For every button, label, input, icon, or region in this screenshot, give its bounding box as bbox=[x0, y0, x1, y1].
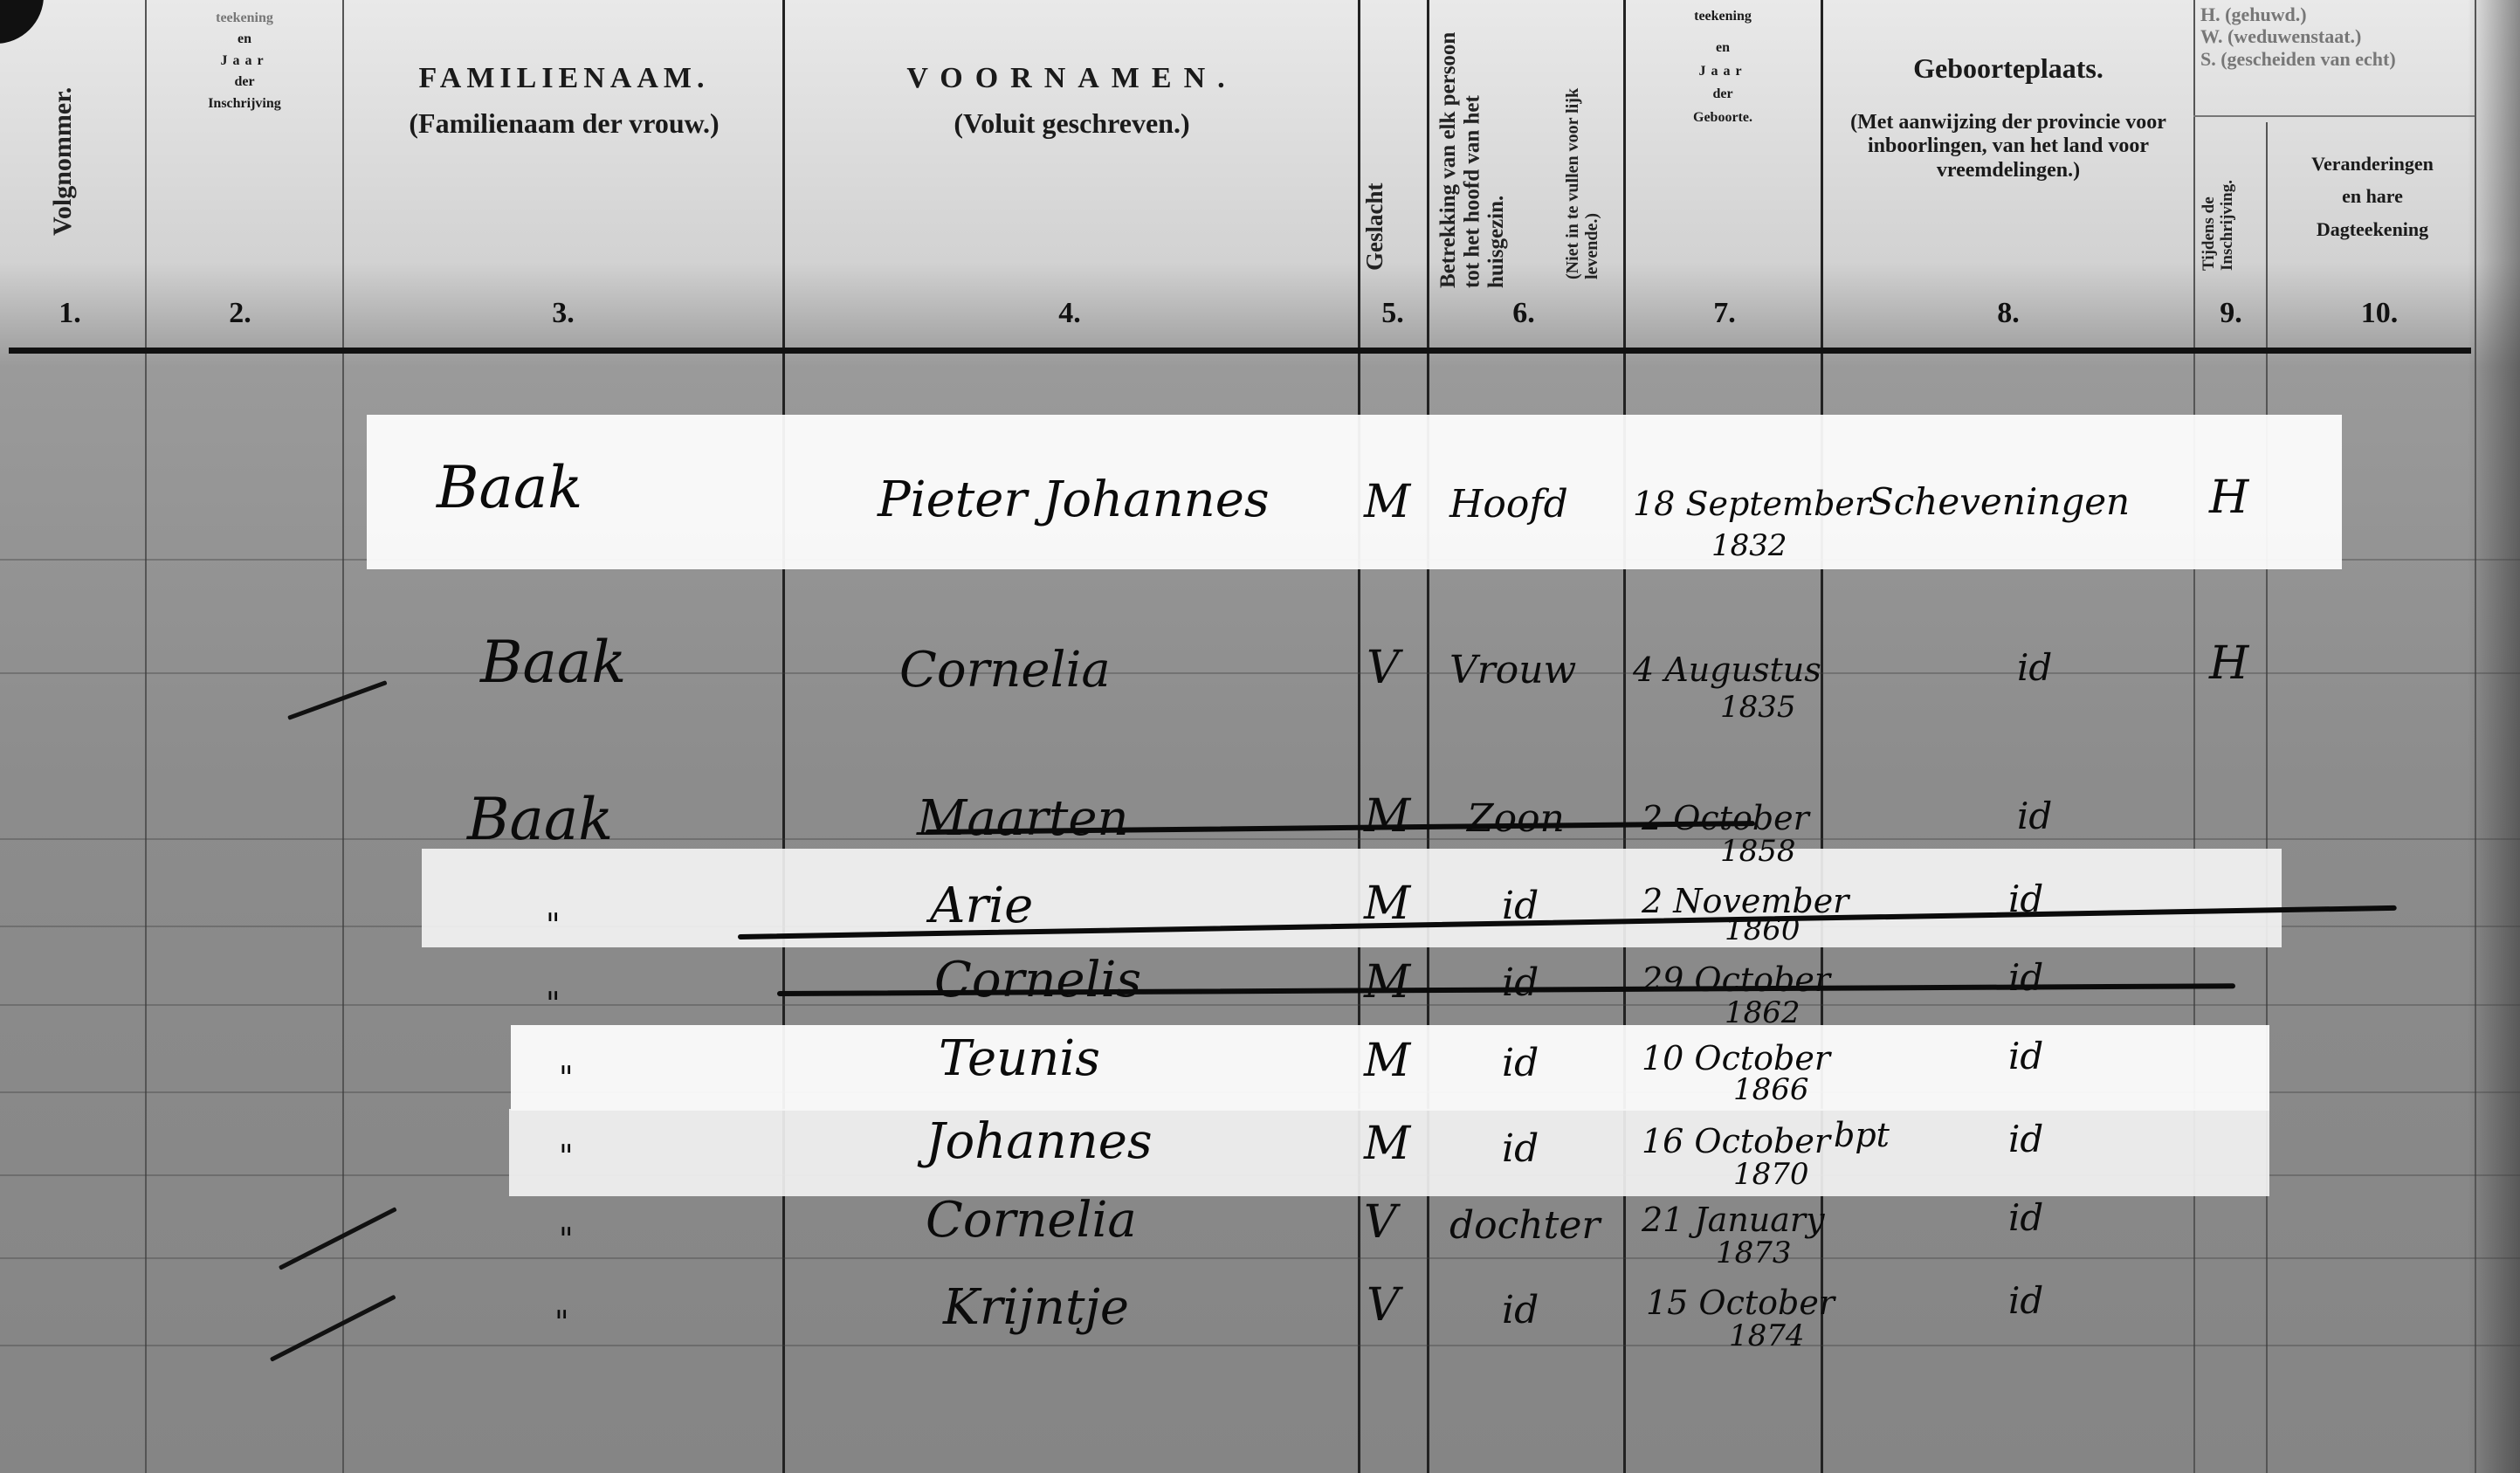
header-subrule bbox=[2193, 115, 2475, 117]
ruled-line bbox=[0, 672, 2520, 674]
row8-sex: V bbox=[1364, 1196, 1397, 1249]
header-col1-label: Volgnommer. bbox=[48, 35, 77, 236]
row2-surname: Baak bbox=[480, 629, 626, 696]
ruled-line bbox=[0, 1004, 2520, 1006]
column-divider bbox=[1427, 0, 1429, 1473]
row1-birth-year: 1832 bbox=[1711, 528, 1787, 563]
tick-mark bbox=[279, 1207, 397, 1270]
header-col8: Geboorteplaats. (Met aanwijzing der prov… bbox=[1825, 52, 2192, 183]
row7-birthplace: id bbox=[2008, 1118, 2043, 1160]
row9-given-names: Krijntje bbox=[943, 1279, 1129, 1336]
ruled-line bbox=[0, 1257, 2520, 1259]
header-col5-number: 5. bbox=[1371, 297, 1415, 330]
header-col3-number: 3. bbox=[541, 297, 585, 330]
row8-relation: dochter bbox=[1449, 1203, 1600, 1248]
row1-birth-date: 18 September bbox=[1633, 485, 1870, 523]
row7-birth-note: bpt bbox=[1834, 1116, 1890, 1154]
row7-sex: M bbox=[1364, 1118, 1410, 1170]
header-col7-number: 7. bbox=[1703, 297, 1746, 330]
column-divider bbox=[782, 0, 785, 1473]
row9-birth-year: 1874 bbox=[1729, 1318, 1805, 1353]
row9-relation: id bbox=[1502, 1288, 1539, 1332]
header-rule bbox=[9, 348, 2471, 354]
row3-sex: M bbox=[1364, 790, 1410, 843]
row2-birth-year: 1835 bbox=[1720, 690, 1796, 725]
row8-birth-year: 1873 bbox=[1716, 1236, 1792, 1270]
row5-surname-ditto: " bbox=[546, 987, 561, 1022]
register-page: Volgnommer. 1. teekening en Jaar der Ins… bbox=[0, 0, 2520, 1473]
row1-civil-status: H bbox=[2209, 471, 2248, 524]
column-divider bbox=[2193, 0, 2195, 1473]
row1-birthplace: Scheveningen bbox=[1869, 480, 2130, 523]
row2-civil-status: H bbox=[2209, 637, 2248, 690]
column-divider bbox=[1623, 0, 1626, 1473]
row3-surname: Baak bbox=[467, 786, 613, 853]
column-divider bbox=[1821, 0, 1823, 1473]
header-col5-label: Geslacht bbox=[1362, 9, 1423, 271]
row3-birthplace: id bbox=[2017, 795, 2052, 837]
header-col10-number: 10. bbox=[2349, 297, 2410, 330]
column-divider bbox=[2266, 122, 2268, 1473]
row3-given-names: Maarten bbox=[917, 790, 1129, 847]
row2-birthplace: id bbox=[2017, 646, 2052, 689]
row9-birthplace: id bbox=[2008, 1279, 2043, 1322]
row9-surname-ditto: " bbox=[554, 1305, 569, 1341]
row7-surname-ditto: " bbox=[559, 1139, 574, 1175]
row7-birth-date: 16 October bbox=[1642, 1122, 1830, 1160]
row5-given-names: Cornelis bbox=[934, 952, 1141, 1008]
row3-birth-year: 1858 bbox=[1720, 834, 1796, 869]
header-col9-notes: H. (gehuwd.) W. (weduwenstaat.) S. (gesc… bbox=[2200, 3, 2480, 70]
ruled-line bbox=[0, 838, 2520, 840]
row8-birthplace: id bbox=[2008, 1196, 2043, 1239]
row8-birth-date: 21 January bbox=[1642, 1201, 1825, 1239]
row3-birth-date: 2 October bbox=[1642, 799, 1809, 837]
row6-sex: M bbox=[1364, 1035, 1410, 1087]
row6-birth-year: 1866 bbox=[1733, 1072, 1809, 1107]
header-col10: Veranderingen en hare Dagteekening bbox=[2270, 153, 2475, 240]
row2-birth-date: 4 Augustus bbox=[1633, 650, 1821, 689]
row7-relation: id bbox=[1502, 1126, 1539, 1171]
column-divider bbox=[145, 0, 147, 1473]
header-col1-number: 1. bbox=[52, 297, 87, 330]
row6-relation: id bbox=[1502, 1041, 1539, 1085]
row3-relation: Zoon bbox=[1467, 796, 1565, 841]
row9-birth-date: 15 October bbox=[1646, 1284, 1835, 1322]
row5-sex: M bbox=[1364, 956, 1410, 1008]
header-col4: VOORNAMEN. (Voluit geschreven.) bbox=[786, 61, 1358, 140]
header-col2-number: 2. bbox=[218, 297, 262, 330]
row8-given-names: Cornelia bbox=[926, 1192, 1137, 1249]
row5-relation: id bbox=[1502, 960, 1539, 1005]
header-col9-label: Tijdens de Inschrijving. bbox=[2200, 131, 2262, 271]
header-col9-number: 9. bbox=[2209, 297, 2253, 330]
row6-surname-ditto: " bbox=[559, 1061, 574, 1097]
row7-birth-year: 1870 bbox=[1733, 1157, 1809, 1192]
column-divider bbox=[2475, 0, 2476, 1473]
header-col6-note: (Niet in te vullen voor lijk levende.) bbox=[1563, 35, 1615, 279]
ruled-line bbox=[0, 1345, 2520, 1346]
header-col6-number: 6. bbox=[1502, 297, 1546, 330]
row6-birthplace: id bbox=[2008, 1035, 2043, 1077]
row6-given-names: Teunis bbox=[939, 1030, 1100, 1087]
tick-mark bbox=[270, 1295, 396, 1362]
row1-sex: M bbox=[1364, 476, 1410, 528]
header-col2: teekening en Jaar der Inschrijving bbox=[148, 10, 341, 112]
column-divider bbox=[342, 0, 344, 1473]
row1-given-names: Pieter Johannes bbox=[878, 471, 1270, 528]
row4-surname-ditto: " bbox=[546, 908, 561, 944]
row2-relation: Vrouw bbox=[1449, 648, 1576, 692]
row2-given-names: Cornelia bbox=[899, 642, 1111, 699]
row1-surname: Baak bbox=[437, 454, 582, 521]
arrow-mark bbox=[287, 680, 387, 720]
row5-birthplace: id bbox=[2008, 956, 2043, 999]
header-col8-number: 8. bbox=[1986, 297, 2030, 330]
photo-corner-shadow bbox=[0, 0, 44, 44]
row5-birth-year: 1862 bbox=[1725, 995, 1800, 1030]
header-col4-number: 4. bbox=[1048, 297, 1091, 330]
column-divider bbox=[1358, 0, 1360, 1473]
row4-given-names: Arie bbox=[930, 878, 1033, 934]
row7-given-names: Johannes bbox=[926, 1113, 1153, 1170]
row8-surname-ditto: " bbox=[559, 1222, 574, 1258]
header-col3: FAMILIENAAM. (Familienaam der vrouw.) bbox=[346, 61, 782, 140]
header-col7: teekening en Jaar der Geboorte. bbox=[1626, 9, 1820, 126]
row1-relation: Hoofd bbox=[1449, 482, 1568, 527]
row9-sex: V bbox=[1367, 1279, 1400, 1332]
header-col6-label: Betrekking van elk persoon tot het hoofd… bbox=[1436, 9, 1550, 288]
highlight-band bbox=[422, 849, 2282, 947]
row5-birth-date: 29 October bbox=[1642, 960, 1830, 999]
row2-sex: V bbox=[1367, 642, 1400, 694]
